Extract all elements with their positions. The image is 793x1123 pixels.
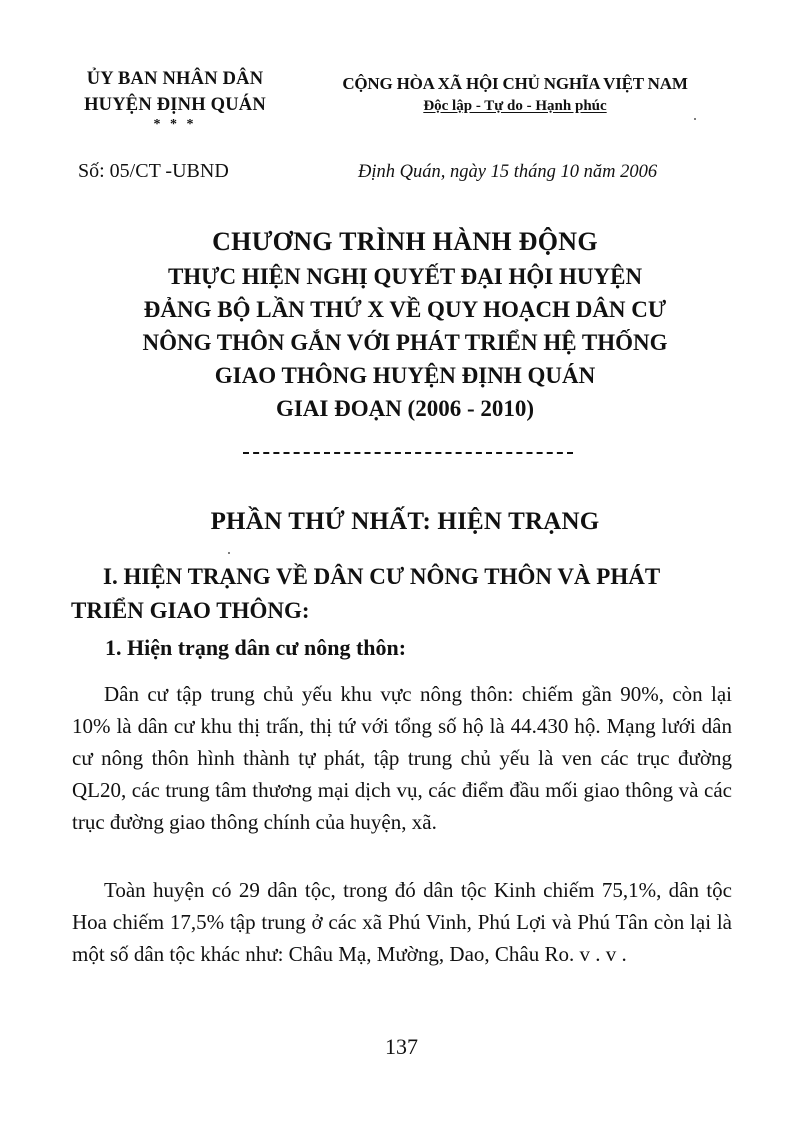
place-and-date: Định Quán, ngày 15 tháng 10 năm 2006 [358,162,657,183]
title-line: THỰC HIỆN NGHỊ QUYẾT ĐẠI HỘI HUYỆN [60,260,750,293]
page-number: 137 [0,1034,793,1060]
subsection-title: 1. Hiện trạng dân cư nông thôn: [105,635,406,661]
section-title: I. HIỆN TRẠNG VỀ DÂN CƯ NÔNG THÔN VÀ PHÁ… [103,560,763,628]
title-divider [243,452,573,454]
authority-line-1: ỦY BAN NHÂN DÂN [60,66,290,92]
issuing-authority: ỦY BAN NHÂN DÂN HUYỆN ĐỊNH QUÁN * * * [60,66,290,132]
national-motto: Độc lập - Tự do - Hạnh phúc [300,95,730,117]
title-main: CHƯƠNG TRÌNH HÀNH ĐỘNG [60,224,750,260]
document-number: Số: 05/CT -UBND [78,160,229,183]
national-heading: CỘNG HÒA XÃ HỘI CHỦ NGHĨA VIỆT NAM Độc l… [300,73,730,117]
authority-line-2: HUYỆN ĐỊNH QUÁN [60,92,290,118]
authority-stars: * * * [60,118,290,132]
part-title: PHẦN THỨ NHẤT: HIỆN TRẠNG [60,508,750,536]
paragraph: Dân cư tập trung chủ yếu khu vực nông th… [72,678,732,838]
section-title-line-2: TRIỂN GIAO THÔNG: [71,594,763,628]
scan-speck [694,118,696,120]
title-line: GIAI ĐOẠN (2006 - 2010) [60,392,750,425]
title-line: GIAO THÔNG HUYỆN ĐỊNH QUÁN [60,359,750,392]
paragraph: Toàn huyện có 29 dân tộc, trong đó dân t… [72,874,732,970]
section-title-line-1: I. HIỆN TRẠNG VỀ DÂN CƯ NÔNG THÔN VÀ PHÁ… [103,560,763,594]
title-line: NÔNG THÔN GẮN VỚI PHÁT TRIỂN HỆ THỐNG [60,326,750,359]
document-title: CHƯƠNG TRÌNH HÀNH ĐỘNG THỰC HIỆN NGHỊ QU… [60,224,750,425]
scan-speck [228,552,230,554]
nation-name: CỘNG HÒA XÃ HỘI CHỦ NGHĨA VIỆT NAM [300,73,730,95]
title-line: ĐẢNG BỘ LẦN THỨ X VỀ QUY HOẠCH DÂN CƯ [60,293,750,326]
